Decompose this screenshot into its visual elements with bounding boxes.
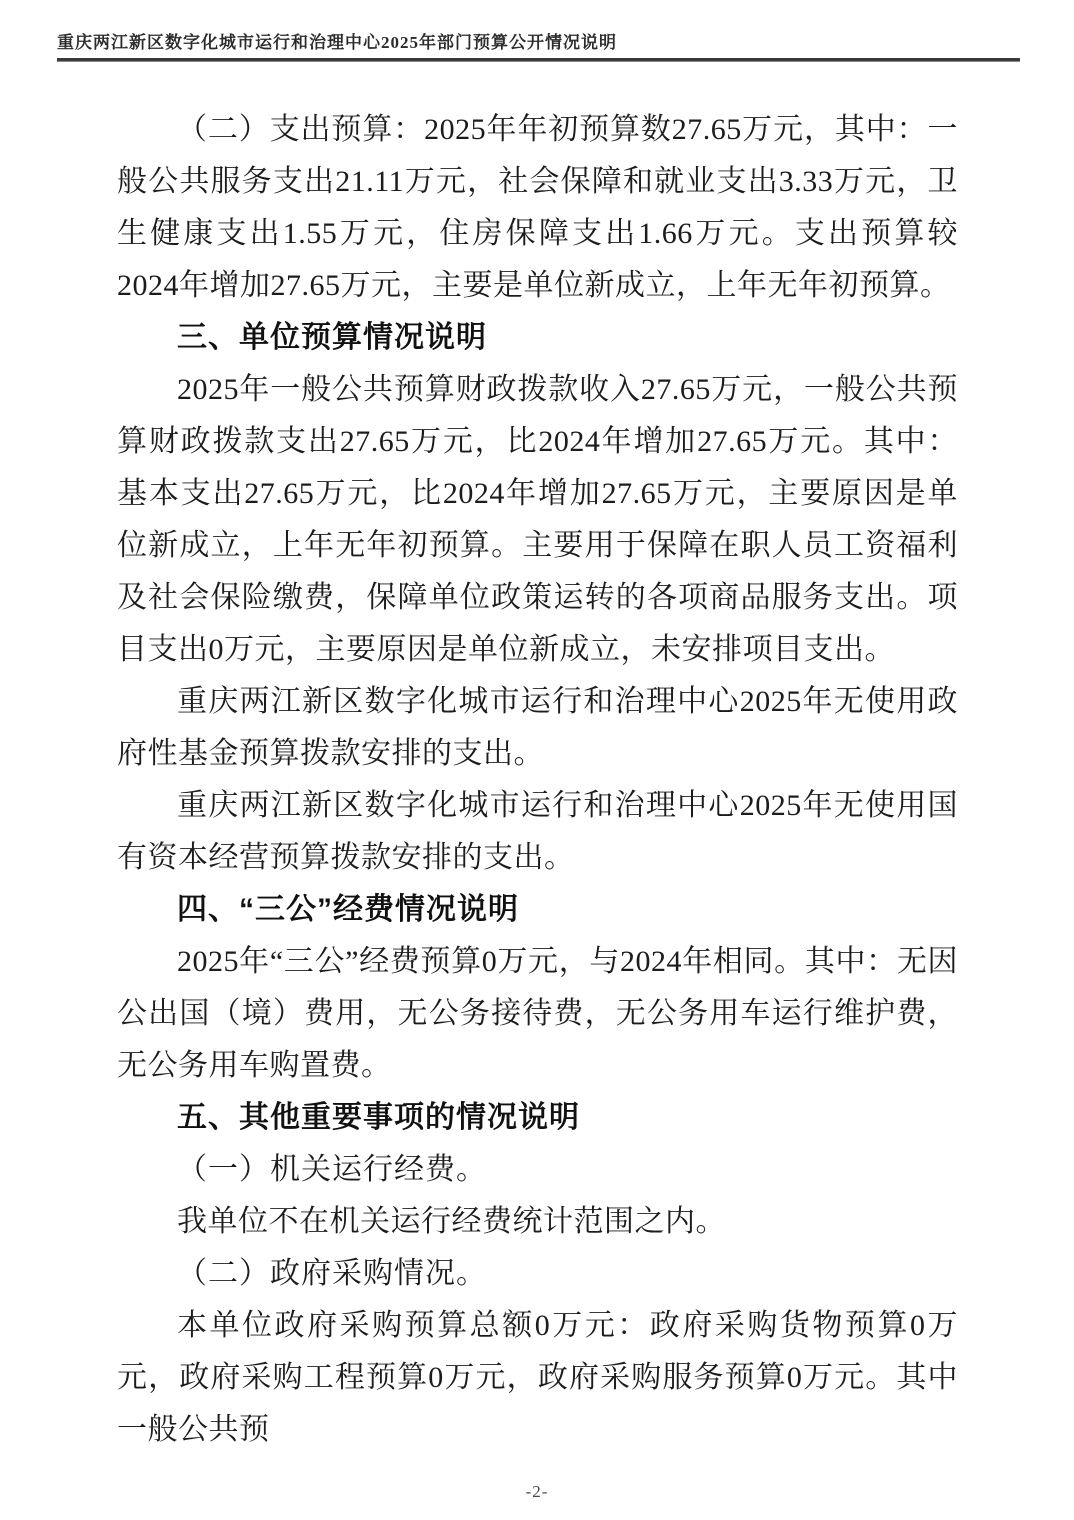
subheading-procurement: （二）政府采购情况。 — [117, 1248, 958, 1300]
paragraph-three-public: 2025年“三公”经费预算0万元，与2024年相同。其中：无因公出国（境）费用，… — [117, 936, 958, 1092]
section-heading-4: 四、“三公”经费情况说明 — [117, 884, 958, 936]
document-header-title: 重庆两江新区数字化城市运行和治理中心2025年部门预算公开情况说明 — [57, 28, 1020, 58]
document-header: 重庆两江新区数字化城市运行和治理中心2025年部门预算公开情况说明 — [57, 28, 1020, 62]
paragraph-procurement: 本单位政府采购预算总额0万元：政府采购货物预算0万元，政府采购工程预算0万元，政… — [117, 1300, 958, 1456]
header-rule — [57, 58, 1020, 62]
paragraph-operating-expense: 我单位不在机关运行经费统计范围之内。 — [117, 1196, 958, 1248]
document-body: （二）支出预算：2025年年初预算数27.65万元，其中：一般公共服务支出21.… — [117, 104, 958, 1456]
paragraph-gov-fund: 重庆两江新区数字化城市运行和治理中心2025年无使用政府性基金预算拨款安排的支出… — [117, 676, 958, 780]
section-heading-5: 五、其他重要事项的情况说明 — [117, 1092, 958, 1144]
document-footer: -2- — [0, 1482, 1074, 1502]
document-page: 重庆两江新区数字化城市运行和治理中心2025年部门预算公开情况说明 （二）支出预… — [0, 0, 1074, 1520]
subheading-operating-expense: （一）机关运行经费。 — [117, 1144, 958, 1196]
section-heading-3: 三、单位预算情况说明 — [117, 312, 958, 364]
paragraph-state-capital: 重庆两江新区数字化城市运行和治理中心2025年无使用国有资本经营预算拨款安排的支… — [117, 780, 958, 884]
paragraph-unit-budget: 2025年一般公共预算财政拨款收入27.65万元，一般公共预算财政拨款支出27.… — [117, 364, 958, 676]
paragraph-expenditure-budget: （二）支出预算：2025年年初预算数27.65万元，其中：一般公共服务支出21.… — [117, 104, 958, 312]
page-number: -2- — [526, 1482, 549, 1501]
